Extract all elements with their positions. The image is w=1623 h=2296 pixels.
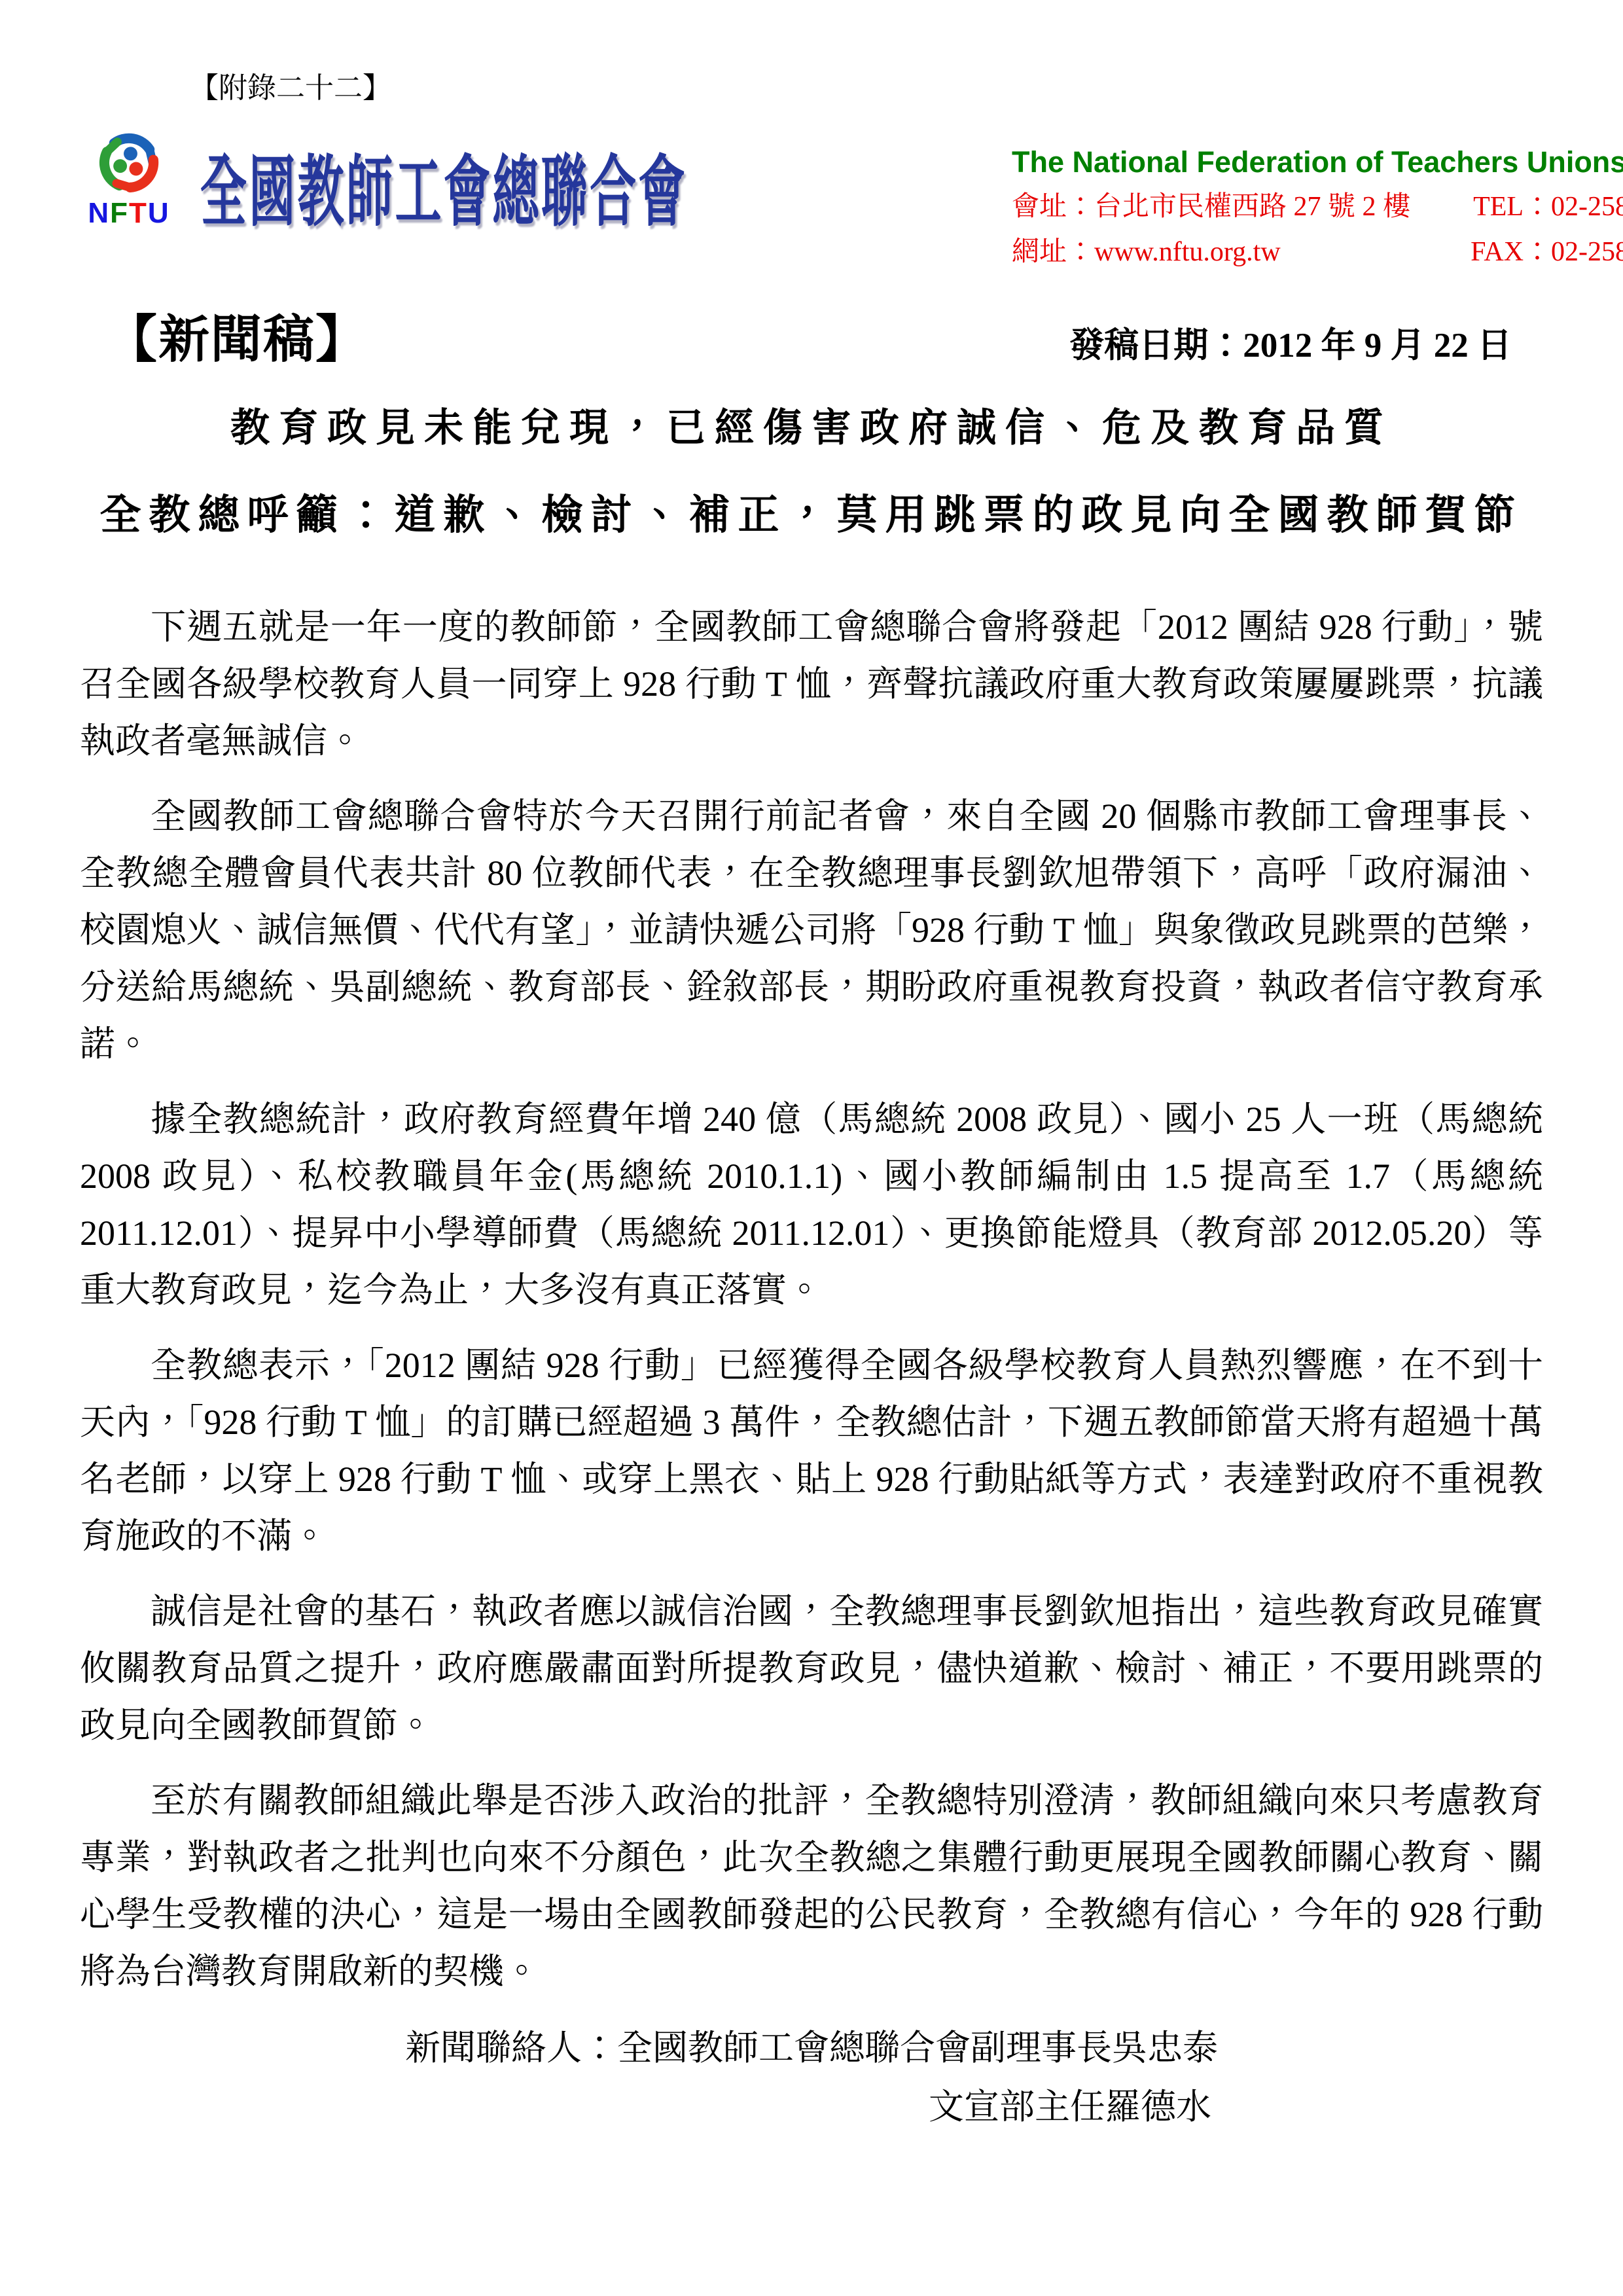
nftu-acronym: NFTU	[80, 199, 178, 228]
paragraph-3: 據全教總統計，政府教育經費年增 240 億（馬總統 2008 政見）、國小 25…	[80, 1091, 1543, 1319]
nftu-letter-f: F	[110, 197, 129, 229]
press-release-page: 【附錄二十二】	[0, 0, 1623, 2296]
nftu-letter-u: U	[148, 197, 170, 229]
press-release-date: 發稿日期：2012 年 9 月 22 日	[1069, 317, 1543, 367]
org-fax: FAX：02-2585-7559	[1471, 236, 1623, 268]
org-name-calligraphy: 全國教師工會總聯合會	[200, 130, 687, 241]
nftu-letter-n: N	[88, 197, 110, 229]
paragraph-5: 誠信是社會的基石，執政者應以誠信治國，全教總理事長劉欽旭指出，這些教育政見確實攸…	[80, 1583, 1543, 1754]
org-address: 會址：台北市民權西路 27 號 2 樓	[1012, 190, 1410, 223]
nftu-letter-t: T	[129, 197, 148, 229]
org-website: 網址：www.nftu.org.tw	[1012, 236, 1281, 268]
headline-line-2: 全教總呼籲：道歉、檢討、補正，莫用跳票的政見向全國教師賀節	[54, 482, 1569, 541]
nftu-logo: NFTU	[80, 123, 178, 228]
press-release-tag: 【新聞稿】	[106, 298, 368, 372]
media-contact-2: 文宣部主任羅德水	[405, 2077, 1218, 2136]
press-release-header: 【新聞稿】 發稿日期：2012 年 9 月 22 日	[106, 298, 1543, 372]
nftu-triskelion-icon	[92, 123, 166, 198]
appendix-label: 【附錄二十二】	[190, 0, 1543, 109]
media-contacts: 新聞聯絡人：全國教師工會總聯合會副理事長吳忠泰 文宣部主任羅德水	[405, 2018, 1218, 2136]
paragraph-1: 下週五就是一年一度的教師節，全國教師工會總聯合會將發起「2012 團結 928 …	[80, 599, 1543, 770]
letterhead-contact-block: The National Federation of Teachers Unio…	[1012, 145, 1623, 269]
address-tel-line: 會址：台北市民權西路 27 號 2 樓 TEL：02-2585-7528	[1012, 190, 1623, 223]
letterhead: NFTU 全國教師工會總聯合會 The National Federation …	[80, 123, 1543, 269]
paragraph-6: 至於有關教師組織此舉是否涉入政治的批評，全教總特別澄清，教師組織向來只考慮教育專…	[80, 1772, 1543, 2000]
press-release-body: 下週五就是一年一度的教師節，全國教師工會總聯合會將發起「2012 團結 928 …	[80, 599, 1543, 2000]
paragraph-4: 全教總表示，「2012 團結 928 行動」已經獲得全國各級學校教育人員熱烈響應…	[80, 1337, 1543, 1565]
headline-line-1: 教育政見未能兌現，已經傷害政府誠信、危及教育品質	[80, 397, 1543, 453]
org-name-english: The National Federation of Teachers Unio…	[1012, 145, 1623, 179]
media-contact-1: 新聞聯絡人：全國教師工會總聯合會副理事長吳忠泰	[405, 2018, 1218, 2077]
paragraph-2: 全國教師工會總聯合會特於今天召開行前記者會，來自全國 20 個縣市教師工會理事長…	[80, 788, 1543, 1073]
org-tel: TEL：02-2585-7528	[1473, 190, 1623, 223]
web-fax-line: 網址：www.nftu.org.tw FAX：02-2585-7559	[1012, 236, 1623, 268]
